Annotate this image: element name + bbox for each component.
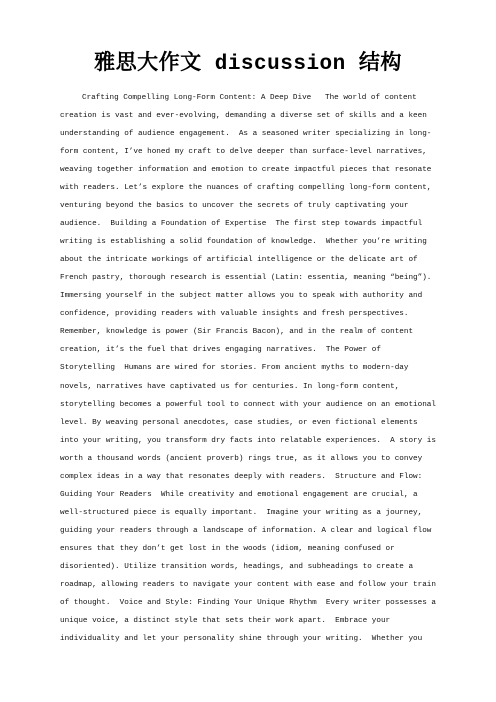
document-body-paragraph: Crafting Compelling Long-Form Content: A… xyxy=(60,89,442,648)
document-title: 雅思大作文 discussion 结构 xyxy=(0,50,496,79)
document-page: 雅思大作文 discussion 结构 Crafting Compelling … xyxy=(0,0,496,702)
